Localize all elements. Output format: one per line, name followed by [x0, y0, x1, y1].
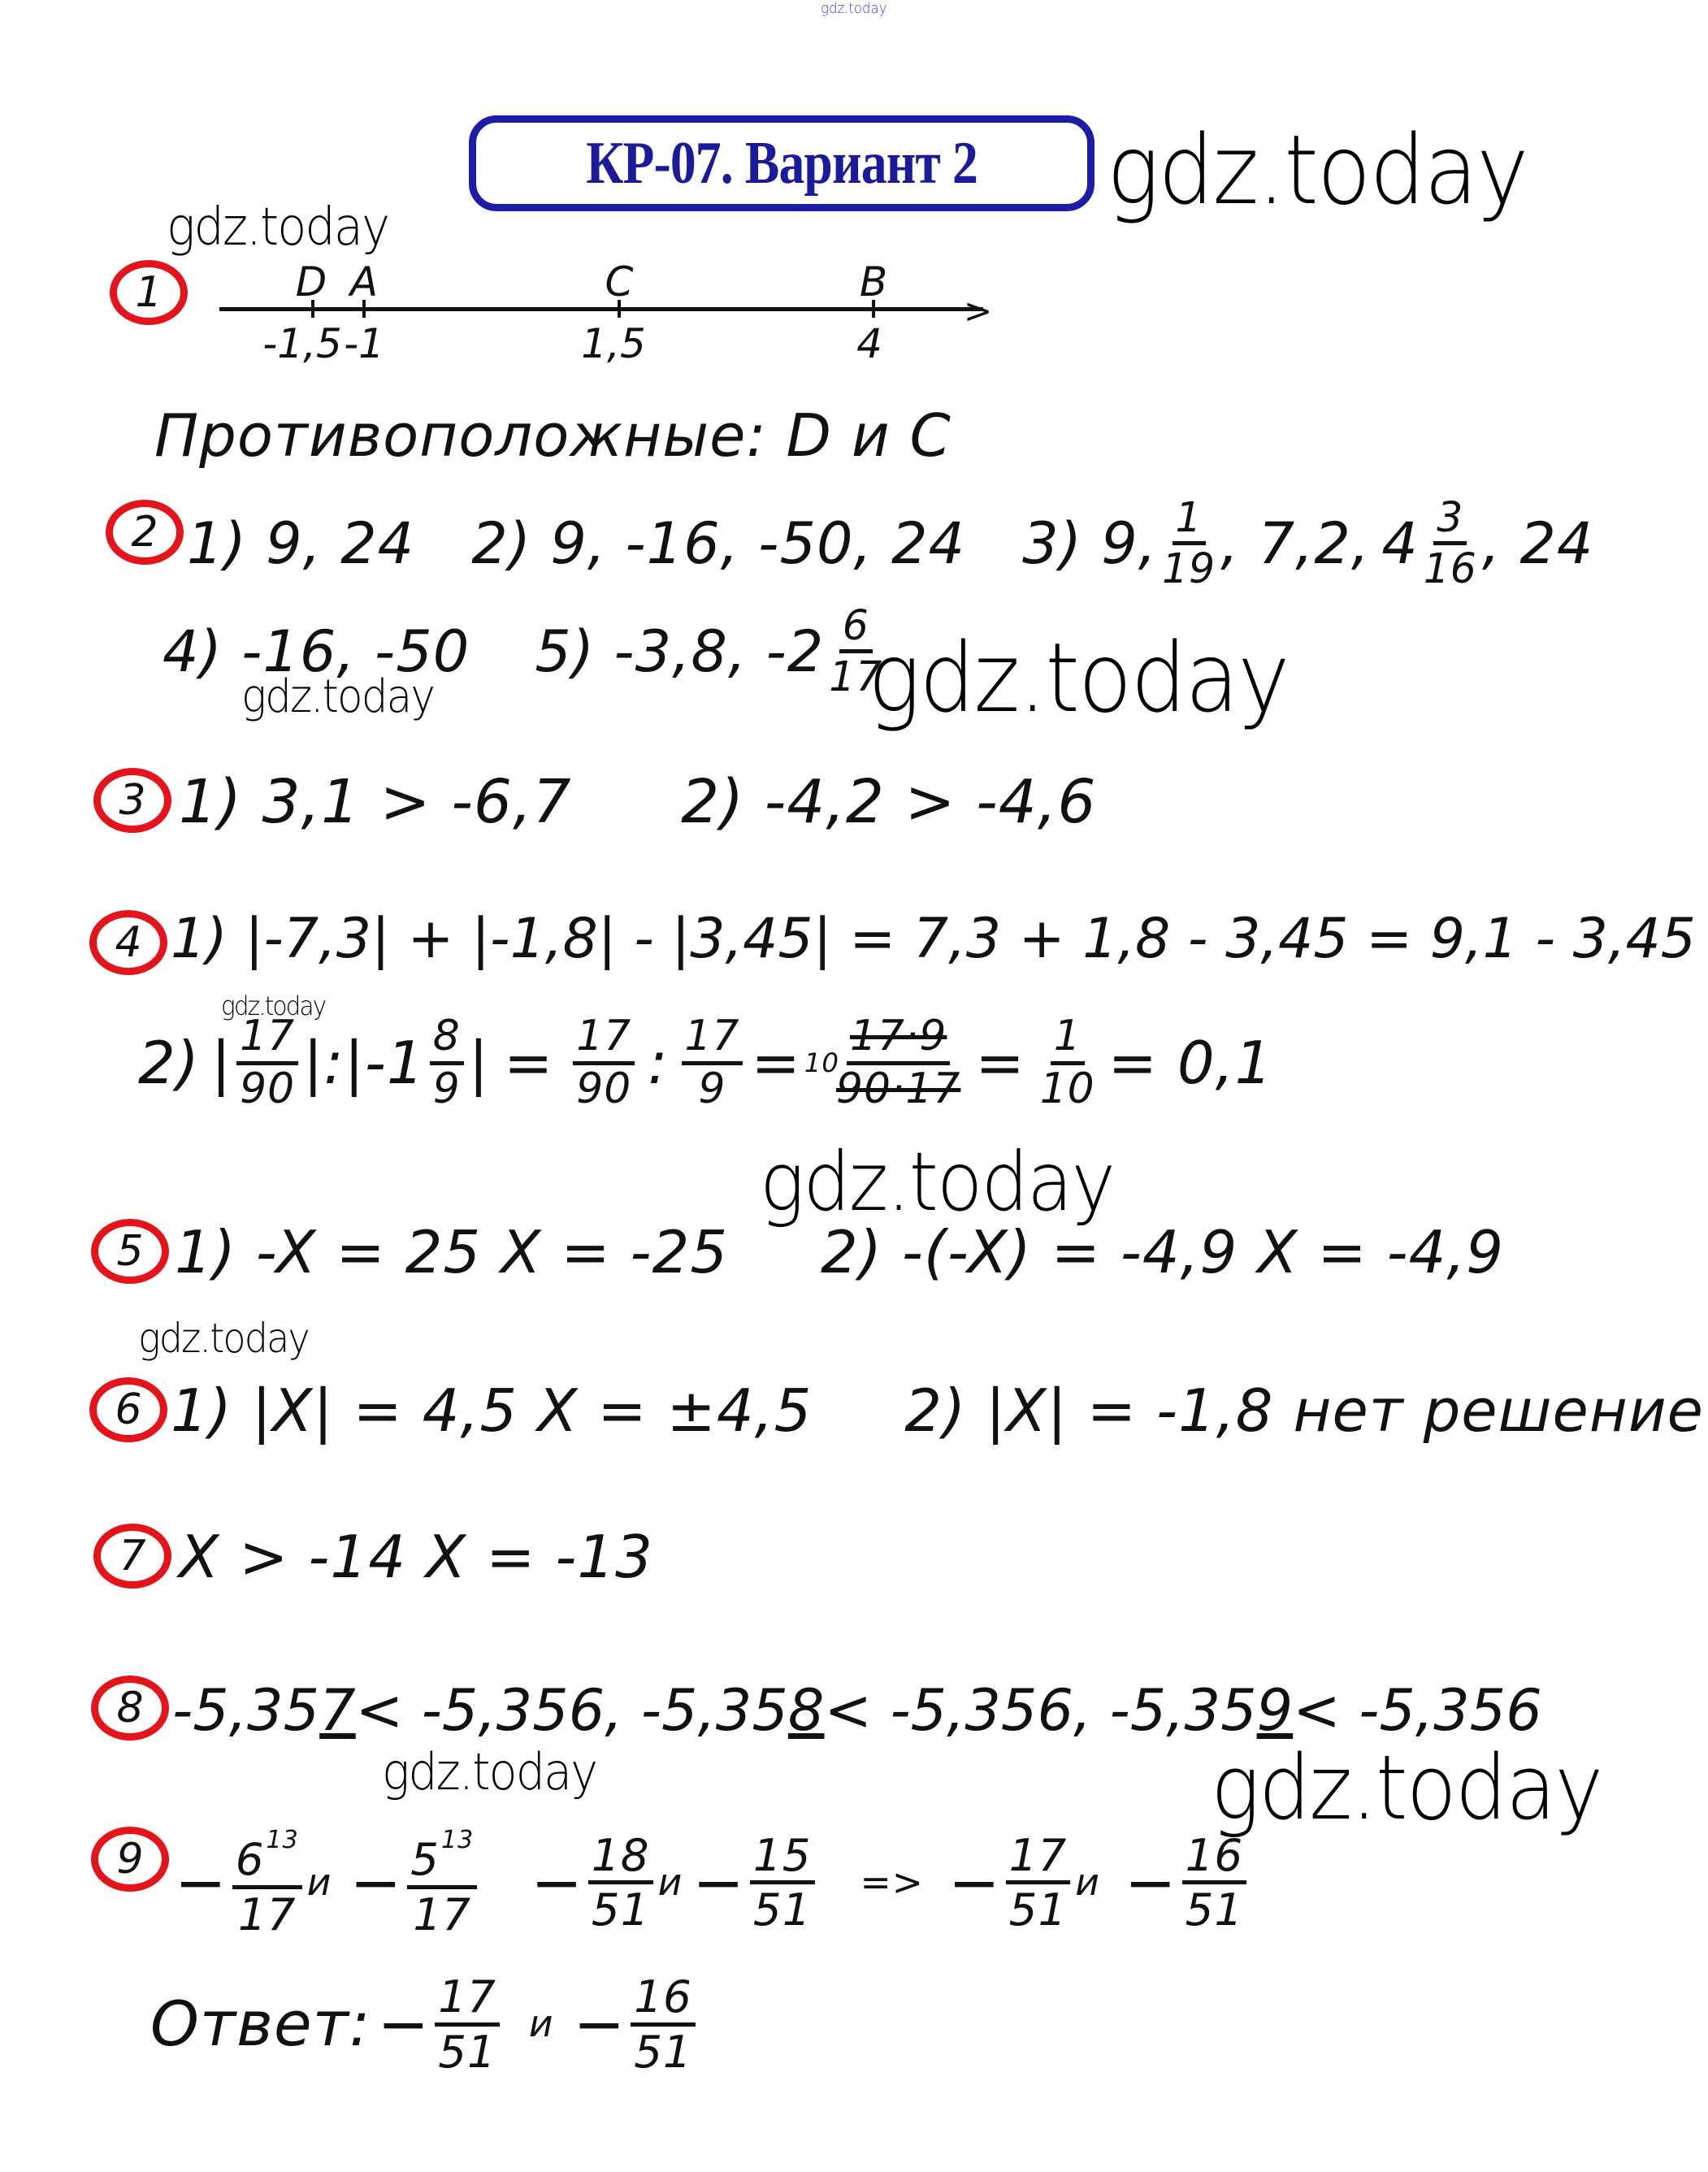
equals-sign: = — [751, 1034, 800, 1092]
numerator: 17 — [1006, 1833, 1071, 1885]
numerator: 16 — [1182, 1833, 1247, 1885]
denominator: 9 — [698, 1065, 726, 1111]
numerator: 3 — [1433, 497, 1467, 545]
task9-answer: Ответ: − 1751 и − 1651 — [150, 1975, 700, 2074]
denominator: 51 — [753, 1884, 812, 1932]
multiplier: 13 — [267, 1826, 299, 1854]
result: = 0,1 — [1108, 1034, 1273, 1092]
numerator: 613 — [232, 1828, 302, 1889]
division-sign: : — [323, 1034, 344, 1092]
denominator: 17 — [238, 1889, 297, 1937]
task2-part2: 2) 9, -16, -50, 24 — [471, 515, 965, 572]
denominator: 51 — [438, 2027, 496, 2074]
page-title: КР-07. Вариант 2 — [586, 129, 978, 198]
task-number-circle: 9 — [91, 1827, 169, 1892]
task-number-circle: 7 — [93, 1524, 171, 1589]
fraction: 119 — [1162, 497, 1216, 590]
reduction-note: 10 — [804, 1050, 839, 1076]
inequality: -5,359< -5,356 — [1110, 1677, 1542, 1744]
watermark: gdz.today — [760, 1142, 1114, 1223]
task5-line: 1) -X = 25 X = -25 2) -(-X) = -4,9 X = -… — [175, 1223, 1504, 1281]
separator: , — [605, 1677, 641, 1744]
denominator: 19 — [1162, 545, 1216, 589]
numerator: 17 — [573, 1016, 635, 1065]
task8-line: -5,357< -5,356, -5,358< -5,356, -5,359< … — [172, 1682, 1542, 1739]
conjunction: и — [1075, 1864, 1100, 1901]
added-digit: 8 — [788, 1677, 825, 1744]
numerator: 8 — [430, 1016, 464, 1065]
task3-part2: 2) -4,2 > -4,6 — [681, 767, 1096, 837]
point-label: C — [605, 258, 634, 306]
denominator: 10 — [1040, 1065, 1095, 1111]
numerator: 17 — [682, 1016, 743, 1065]
title-box: КР-07. Вариант 2 — [469, 115, 1095, 211]
task2-part1: 1) 9, 24 — [187, 515, 414, 572]
numerator-value: 5 — [410, 1833, 440, 1885]
fraction: 1790 — [573, 1016, 635, 1111]
task-number: 1 — [135, 268, 162, 317]
task7-line: X > -14 X = -13 — [179, 1528, 653, 1586]
point-value: 1,5 — [581, 320, 646, 367]
task2-part5: 5) -3,8, -2 — [535, 623, 824, 680]
added-digit: 7 — [319, 1677, 356, 1744]
inequality-lhs: -5,35 — [641, 1677, 788, 1744]
mixed-whole: 4 — [1381, 515, 1419, 572]
denominator: 9 — [433, 1065, 461, 1111]
fraction: 1651 — [1182, 1833, 1247, 1932]
denominator: 51 — [1186, 1884, 1244, 1932]
watermark: gdz.today — [382, 1747, 596, 1797]
task-number-circle: 8 — [91, 1676, 169, 1741]
numerator: 17 — [236, 1016, 298, 1065]
task6-part2: 2) |X| = -1,8 нет решение — [904, 1376, 1704, 1445]
task2-line1: 1) 9, 24 2) 9, -16, -50, 24 3) 9, 119 , … — [187, 497, 1593, 590]
watermark-top: gdz.today — [821, 2, 887, 16]
task-number: 8 — [116, 1684, 143, 1732]
numerator: 17·9 — [847, 1016, 950, 1065]
task5-part2: 2) -(-X) = -4,9 X = -4,9 — [821, 1218, 1504, 1286]
denominator: 16 — [1424, 545, 1477, 589]
abs-open: |-1 — [345, 1034, 425, 1092]
inequality-lhs: -5,35 — [172, 1677, 319, 1744]
inequality-lhs: -5,35 — [1110, 1677, 1257, 1744]
watermark: gdz.today — [167, 202, 388, 254]
fraction: 316 — [1424, 497, 1477, 590]
minus-sign: − — [349, 1852, 402, 1914]
fraction: 61317 — [232, 1828, 302, 1937]
task4-line1: 1) |-7,3| + |-1,8| - |3,45| = 7,3 + 1,8 … — [171, 912, 1708, 967]
numerator: 17 — [435, 1975, 500, 2027]
denominator: 51 — [634, 2027, 692, 2074]
numerator: 15 — [750, 1833, 815, 1885]
minus-sign: − — [531, 1852, 583, 1914]
task4-part2-label: 2) — [138, 1034, 200, 1092]
task-number: 6 — [115, 1385, 141, 1434]
division-sign: : — [648, 1034, 668, 1092]
conjunction: и — [529, 2005, 554, 2043]
task-number: 9 — [116, 1835, 143, 1884]
minus-sign: − — [175, 1852, 228, 1914]
fraction: 17·990·17 — [836, 1016, 960, 1111]
equals-sign: = — [504, 1034, 553, 1092]
conjunction: и — [658, 1864, 683, 1901]
watermark: gdz.today — [1211, 1743, 1602, 1832]
answer-label: Ответ: — [150, 1993, 371, 2055]
task-number: 7 — [119, 1532, 145, 1580]
denominator: 90·17 — [836, 1065, 960, 1111]
number-line-axis — [219, 307, 983, 311]
inequality-rhs: < -5,356 — [824, 1677, 1073, 1744]
task5-part1: 1) -X = 25 X = -25 — [175, 1218, 728, 1286]
task-number-circle: 4 — [89, 910, 167, 975]
task-number: 3 — [119, 776, 145, 825]
fraction: 51317 — [407, 1828, 477, 1937]
task9-line1: − 61317 и − 51317 − 1851 и − 1551 => − 1… — [175, 1828, 1251, 1937]
fraction: 1551 — [750, 1833, 815, 1932]
denominator: 90 — [240, 1065, 295, 1111]
inequality-rhs: < -5,356 — [356, 1677, 605, 1744]
added-digit: 9 — [1257, 1677, 1294, 1744]
minus-sign: − — [574, 1993, 626, 2055]
separator: , — [1073, 1677, 1110, 1744]
denominator: 51 — [592, 1884, 650, 1932]
inequality-rhs: < -5,356 — [1293, 1677, 1542, 1744]
task2-part3-mid: , 7,2, — [1220, 515, 1370, 572]
point-value: -1,5 — [262, 320, 342, 367]
task-number-circle: 6 — [89, 1377, 167, 1442]
fraction: 1851 — [588, 1833, 653, 1932]
multiplier: 13 — [441, 1826, 474, 1854]
task2-part3: 3) 9, — [1022, 515, 1157, 572]
minus-sign: − — [1125, 1852, 1177, 1914]
task-number-circle: 3 — [93, 768, 171, 833]
watermark: gdz.today — [1107, 122, 1528, 218]
task6-line: 1) |X| = 4,5 X = ±4,5 2) |X| = -1,8 нет … — [171, 1381, 1704, 1440]
denominator: 17 — [413, 1889, 471, 1937]
fraction: 179 — [682, 1016, 743, 1111]
abs-bar: | — [211, 1034, 232, 1092]
point-label: D — [296, 258, 327, 306]
task-number-circle: 2 — [106, 500, 184, 565]
fraction: 1751 — [435, 1975, 500, 2074]
fraction: 1751 — [1006, 1833, 1071, 1932]
point-value: 4 — [856, 320, 882, 367]
task1-answer: Противоположные: D и C — [154, 406, 952, 465]
inequality: -5,357< -5,356 — [172, 1677, 605, 1744]
task-number: 2 — [131, 508, 158, 557]
inequality: -5,358< -5,356 — [641, 1677, 1073, 1744]
task-number-circle: 5 — [91, 1219, 169, 1284]
abs-bar: | — [303, 1034, 323, 1092]
equals-sign: = — [975, 1034, 1025, 1092]
minus-sign: − — [378, 1993, 431, 2055]
fraction: 1790 — [236, 1016, 298, 1111]
task4-line2: 2) | 1790 | : |-1 89 | = 1790 : 179 = 10… — [138, 1016, 1272, 1111]
numerator: 16 — [631, 1975, 696, 2027]
numerator: 18 — [588, 1833, 653, 1885]
fraction: 110 — [1040, 1016, 1095, 1111]
implies-sign: => — [861, 1864, 924, 1901]
task-number-circle: 1 — [110, 260, 188, 325]
watermark: gdz.today — [241, 674, 434, 720]
fraction: 89 — [430, 1016, 464, 1111]
task6-part1: 1) |X| = 4,5 X = ±4,5 — [171, 1376, 812, 1445]
watermark: gdz.today — [138, 1318, 309, 1359]
task-number: 4 — [115, 918, 141, 967]
point-label: B — [860, 258, 887, 306]
watermark: gdz.today — [868, 630, 1289, 726]
denominator: 51 — [1009, 1884, 1068, 1932]
task2-part3-suffix: , 24 — [1482, 515, 1594, 572]
conjunction: и — [307, 1864, 332, 1901]
point-label: A — [350, 258, 378, 306]
task3-line: 1) 3,1 > -6,7 2) -4,2 > -4,6 — [179, 772, 1096, 832]
minus-sign: − — [948, 1852, 1001, 1914]
abs-close: | — [469, 1034, 489, 1092]
numerator: 513 — [407, 1828, 477, 1889]
task-number: 5 — [116, 1227, 143, 1276]
fraction: 1651 — [631, 1975, 696, 2074]
numerator: 1 — [1051, 1016, 1085, 1065]
task3-part1: 1) 3,1 > -6,7 — [179, 767, 572, 837]
numerator-value: 6 — [236, 1833, 265, 1885]
denominator: 90 — [576, 1065, 631, 1111]
arrow-right-icon: > — [964, 294, 992, 328]
minus-sign: − — [692, 1852, 745, 1914]
numerator: 1 — [1173, 497, 1206, 545]
point-value: -1 — [344, 320, 384, 367]
